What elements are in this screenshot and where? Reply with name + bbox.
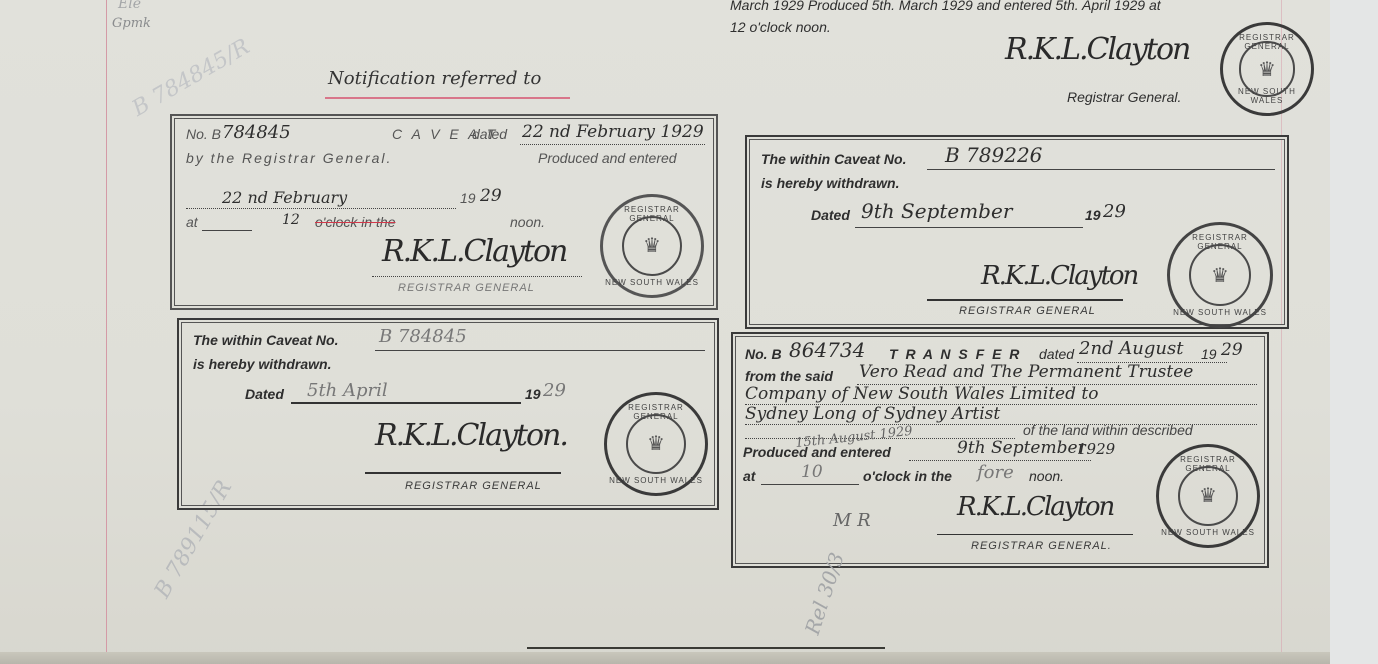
caveat-number: 784845 [222, 122, 291, 143]
party-line: Company of New South Wales Limited to [745, 384, 1098, 404]
caveat-label: The within Caveat No. [761, 151, 906, 167]
dated-label: dated [472, 126, 507, 142]
caveat-label: The within Caveat No. [193, 332, 338, 348]
seal-text: NEW SOUTH WALES [603, 278, 701, 287]
year-suffix: 29 [480, 186, 502, 206]
coat-of-arms-icon: ♛ [1178, 466, 1239, 527]
fore-label: fore [977, 462, 1014, 483]
at-label: at [186, 214, 198, 230]
seal-text: REGISTRAR GENERAL [1223, 33, 1311, 51]
signature: R.K.L.Clayton [981, 261, 1137, 291]
oclock-label: o'clock in the [315, 214, 396, 230]
year-prefix: 19 [525, 386, 541, 402]
hour: 12 [282, 212, 300, 228]
seal-text: NEW SOUTH WALES [607, 476, 705, 485]
caveat-number: B 784845 [379, 326, 467, 347]
signatory-title: REGISTRAR GENERAL [959, 305, 1096, 317]
produced-label: Produced and entered [538, 150, 677, 166]
at-label: at [743, 468, 755, 484]
noon-label: noon. [510, 214, 545, 230]
margin-note: Ele [118, 0, 141, 12]
land-label: of the land within described [1023, 422, 1193, 438]
seal-text: REGISTRAR GENERAL [1159, 455, 1257, 473]
signatory-title: Registrar General. [1067, 89, 1181, 105]
caveat-number: B 789226 [945, 143, 1042, 167]
withdrawal-date: 9th September [861, 199, 1012, 223]
party-line: Sydney Long of Sydney Artist [745, 404, 1000, 424]
registrar-seal-icon: REGISTRAR GENERAL ♛ NEW SOUTH WALES [600, 194, 704, 298]
from-label: from the said [745, 368, 833, 384]
party-line: Vero Read and The Permanent Trustee [859, 362, 1193, 382]
year-suffix: 29 [1221, 340, 1243, 360]
seal-text: REGISTRAR GENERAL [607, 403, 705, 421]
year-prefix: 19 [460, 190, 476, 206]
page-bottom-edge [0, 652, 1330, 664]
registrar-seal-icon: REGISTRAR GENERAL ♛ NEW SOUTH WALES [604, 392, 708, 496]
signature: R.K.L.Clayton [382, 234, 566, 269]
signature: R.K.L.Clayton. [375, 418, 567, 453]
signatory-title: REGISTRAR GENERAL [405, 480, 542, 492]
transfer-number: 864734 [789, 338, 865, 362]
produced-year: 1929 [1077, 440, 1115, 458]
signatory-title: REGISTRAR GENERAL [398, 282, 535, 294]
produced-date: 22 nd February [222, 188, 347, 207]
dated-label: Dated [811, 207, 850, 223]
dated-label: Dated [245, 386, 284, 402]
dated-label: dated [1039, 346, 1074, 362]
transfer-date: 2nd August [1079, 338, 1183, 359]
registrar-seal-icon: REGISTRAR GENERAL ♛ NEW SOUTH WALES [1167, 222, 1273, 328]
oclock-label: o'clock in the [863, 468, 952, 484]
signature: R.K.L.Clayton [957, 492, 1113, 522]
caveat-date: 22 nd February 1929 [522, 122, 704, 142]
number-label: No. B [745, 346, 782, 362]
seal-text: REGISTRAR GENERAL [1170, 233, 1270, 251]
year-prefix: 19 [1085, 207, 1101, 223]
top-entry-line1: March 1929 Produced 5th. March 1929 and … [730, 0, 1161, 16]
seal-text: REGISTRAR GENERAL [603, 205, 701, 223]
issuer-line: by the Registrar General. [186, 150, 392, 166]
signatory-title: REGISTRAR GENERAL. [971, 540, 1112, 552]
left-margin-rule [106, 0, 107, 664]
seal-text: NEW SOUTH WALES [1170, 308, 1270, 317]
margin-note: Gpmk [112, 16, 151, 31]
coat-of-arms-icon: ♛ [626, 414, 687, 475]
year-suffix: 29 [1103, 201, 1126, 222]
seal-text: NEW SOUTH WALES [1223, 87, 1311, 105]
coat-of-arms-icon: ♛ [1189, 244, 1251, 306]
signature: R.K.L.Clayton [1005, 32, 1189, 67]
coat-of-arms-icon: ♛ [622, 216, 683, 277]
registrar-seal-icon: REGISTRAR GENERAL ♛ NEW SOUTH WALES [1220, 22, 1314, 116]
year-prefix: 19 [1201, 346, 1217, 362]
noon-label: noon. [1029, 468, 1064, 484]
withdrawn-label: is hereby withdrawn. [193, 356, 331, 372]
seal-text: NEW SOUTH WALES [1159, 528, 1257, 537]
withdrawal-date: 5th April [307, 380, 388, 401]
page-edge [1330, 0, 1378, 664]
number-label: No. B [186, 126, 221, 142]
section-heading: Notification referred to [328, 68, 541, 89]
hour: 10 [801, 462, 823, 482]
bottom-rule [527, 647, 885, 649]
initials: M R [833, 510, 871, 531]
withdrawn-label: is hereby withdrawn. [761, 175, 899, 191]
year-suffix: 29 [543, 380, 566, 401]
registrar-seal-icon: REGISTRAR GENERAL ♛ NEW SOUTH WALES [1156, 444, 1260, 548]
heading-underline [325, 97, 570, 99]
produced-label: Produced and entered [743, 444, 891, 460]
document-type: T R A N S F E R [889, 346, 1021, 362]
produced-date: 9th September [957, 438, 1086, 458]
